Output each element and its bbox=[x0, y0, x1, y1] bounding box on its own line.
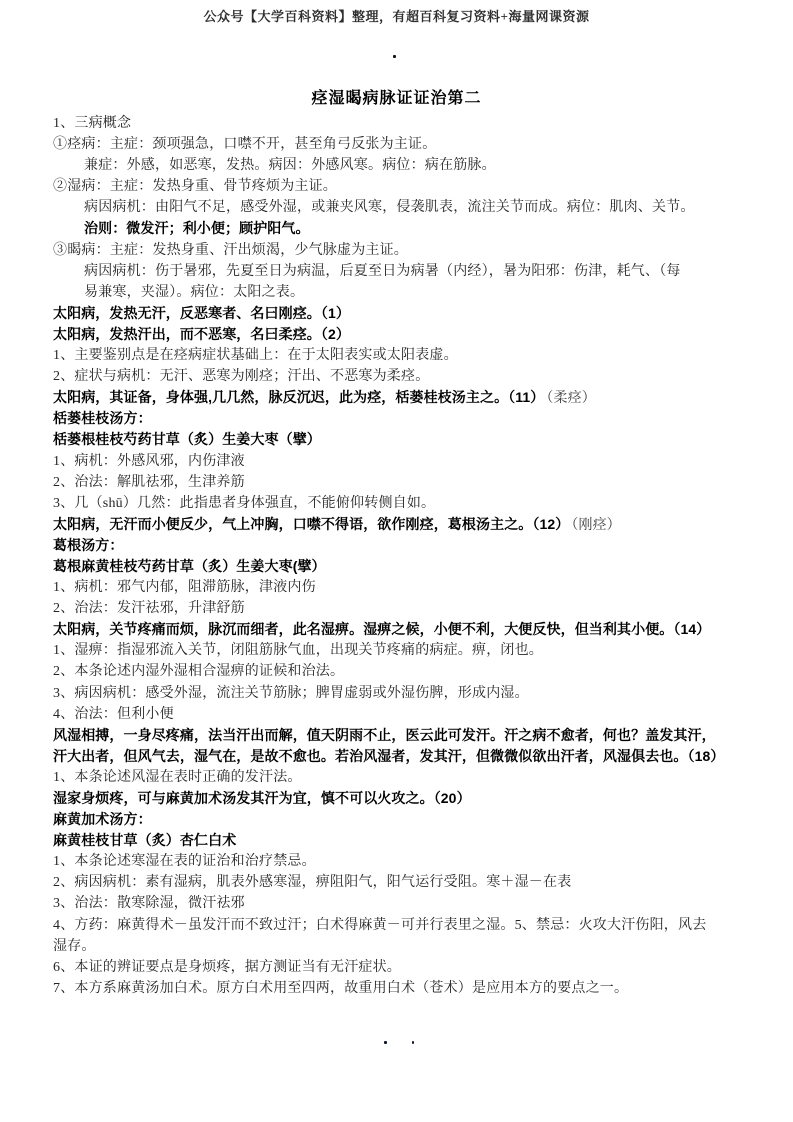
text-line: 2、治法：解肌祛邪，生津养筋 bbox=[53, 472, 759, 493]
text-line: 1、三病概念 bbox=[53, 113, 759, 134]
line-annotation: （刚痉） bbox=[571, 518, 620, 533]
line-text: 太阳病，其证备，身体强,几几然，脉反沉迟，此为痉，栝蒌桂枝汤主之。（11） bbox=[53, 389, 544, 405]
line-text: 2、治法：解肌祛邪，生津养筋 bbox=[53, 475, 245, 490]
separator-dot bbox=[393, 55, 396, 58]
text-line: 病因病机：伤于暑邪，先夏至日为病温，后夏至日为病暑（内经），暑为阳邪：伤津，耗气… bbox=[53, 261, 759, 282]
line-text: 2、病因病机：素有湿病，肌表外感寒湿，痹阻阳气，阳气运行受阻。寒＋湿－在表 bbox=[53, 875, 571, 890]
text-line: 麻黄桂枝甘草（炙）杏仁白术 bbox=[53, 830, 759, 851]
text-line: 1、本条论述风湿在表时正确的发汗法。 bbox=[53, 767, 759, 788]
line-text: 风湿相搏，一身尽疼痛，法当汗出而解，值天阴雨不止，医云此可发汗。汗之病不愈者，何… bbox=[53, 727, 716, 743]
footer-dots bbox=[384, 1041, 414, 1044]
text-line: 葛根汤方： bbox=[53, 535, 759, 556]
line-text: 1、主要鉴别点是在痉病症状基础上：在于太阳表实或太阳表虚。 bbox=[53, 348, 458, 363]
text-line: ②湿病：主症：发热身重、骨节疼烦为主证。 bbox=[53, 176, 759, 197]
text-line: 3、几（shū）几然：此指患者身体强直，不能俯仰转侧自如。 bbox=[53, 493, 759, 514]
line-text: 1、本条论述风湿在表时正确的发汗法。 bbox=[53, 770, 302, 785]
line-text: 1、病机：外感风邪，内伤津液 bbox=[53, 454, 245, 469]
line-text: 1、本条论述寒湿在表的证治和治疗禁忌。 bbox=[53, 854, 316, 869]
text-line: 风湿相搏，一身尽疼痛，法当汗出而解，值天阴雨不止，医云此可发汗。汗之病不愈者，何… bbox=[53, 725, 759, 746]
line-text: 2、治法：发汗祛邪，升津舒筋 bbox=[53, 601, 245, 616]
text-line: 6、本证的辨证要点是身烦疼，据方测证当有无汗症状。 bbox=[53, 957, 759, 978]
document-body: 1、三病概念①痉病：主症：颈项强急，口噤不开，甚至角弓反张为主证。兼症：外感，如… bbox=[0, 113, 793, 999]
line-text: ①痉病：主症：颈项强急，口噤不开，甚至角弓反张为主证。 bbox=[53, 137, 436, 152]
line-text: 栝蒌桂枝汤方： bbox=[53, 410, 152, 426]
line-text: 3、几（shū）几然：此指患者身体强直，不能俯仰转侧自如。 bbox=[53, 496, 435, 511]
line-text: 6、本证的辨证要点是身烦疼，据方测证当有无汗症状。 bbox=[53, 960, 401, 975]
line-text: 麻黄桂枝甘草（炙）杏仁白术 bbox=[53, 832, 236, 848]
text-line: 1、主要鉴别点是在痉病症状基础上：在于太阳表实或太阳表虚。 bbox=[53, 345, 759, 366]
text-line: 栝蒌根桂枝芍药甘草（炙）生姜大枣（擘） bbox=[53, 429, 759, 450]
line-text: 1、湿痹：指湿邪流入关节，闭阻筋脉气血，出现关节疼痛的病症。痹，闭也。 bbox=[53, 643, 543, 658]
line-text: 2、本条论述内湿外湿相合湿痹的证候和治法。 bbox=[53, 664, 344, 679]
line-text: 兼症：外感，如恶寒，发热。病因：外感风寒。病位：病在筋脉。 bbox=[84, 158, 496, 173]
text-line: 湿家身烦疼，可与麻黄加术汤发其汗为宜，慎不可以火攻之。（20） bbox=[53, 788, 759, 809]
text-line: 1、本条论述寒湿在表的证治和治疗禁忌。 bbox=[53, 851, 759, 872]
text-line: 1、病机：邪气内郁，阻滞筋脉，津液内伤 bbox=[53, 577, 759, 598]
text-line: 葛根麻黄桂枝芍药甘草（炙）生姜大枣(擘） bbox=[53, 556, 759, 577]
text-line: 2、本条论述内湿外湿相合湿痹的证候和治法。 bbox=[53, 661, 759, 682]
text-line: 太阳病，发热汗出，而不恶寒，名曰柔痉。（2） bbox=[53, 324, 759, 345]
line-text: 病因病机：由阳气不足，感受外湿，或兼夹风寒，侵袭肌表，流注关节而成。病位：肌肉、… bbox=[84, 200, 695, 215]
line-text: ②湿病：主症：发热身重、骨节疼烦为主证。 bbox=[53, 179, 337, 194]
line-annotation: （柔痉） bbox=[546, 391, 595, 406]
text-line: 兼症：外感，如恶寒，发热。病因：外感风寒。病位：病在筋脉。 bbox=[53, 155, 759, 176]
text-line: 汗大出者，但风气去，湿气在，是故不愈也。若治风湿者，发其汗，但微微似欲出汗者，风… bbox=[53, 746, 759, 767]
line-text: 湿存。 bbox=[53, 939, 96, 954]
line-text: 太阳病，无汗而小便反少，气上冲胸，口噤不得语，欲作刚痉，葛根汤主之。（12） bbox=[53, 516, 569, 532]
line-text: 4、方药：麻黄得术－虽发汗而不致过汗；白术得麻黄－可并行表里之湿。5、禁忌：火攻… bbox=[53, 918, 706, 933]
text-line: 7、本方系麻黄汤加白术。原方白术用至四两，故重用白术（苍术）是应用本方的要点之一… bbox=[53, 978, 759, 999]
text-line: 太阳病，关节疼痛而烦，脉沉而细者，此名湿痹。湿痹之候，小便不利，大便反快，但当利… bbox=[53, 619, 759, 640]
text-line: 1、病机：外感风邪，内伤津液 bbox=[53, 451, 759, 472]
line-text: 7、本方系麻黄汤加白术。原方白术用至四两，故重用白术（苍术）是应用本方的要点之一… bbox=[53, 981, 628, 996]
line-text: 太阳病，发热汗出，而不恶寒，名曰柔痉。（2） bbox=[53, 326, 350, 342]
line-text: 太阳病，关节疼痛而烦，脉沉而细者，此名湿痹。湿痹之候，小便不利，大便反快，但当利… bbox=[53, 621, 710, 637]
document-page: 公众号【大学百科资料】整理，有超百科复习资料+海量网课资源 痉湿暍病脉证证治第二… bbox=[0, 0, 793, 1122]
text-line: 太阳病，无汗而小便反少，气上冲胸，口噤不得语，欲作刚痉，葛根汤主之。（12）（刚… bbox=[53, 514, 759, 535]
text-line: 太阳病，其证备，身体强,几几然，脉反沉迟，此为痉，栝蒌桂枝汤主之。（11）（柔痉… bbox=[53, 387, 759, 408]
line-text: 1、病机：邪气内郁，阻滞筋脉，津液内伤 bbox=[53, 580, 316, 595]
text-line: 4、治法：但利小便 bbox=[53, 704, 759, 725]
text-line: 3、治法：散寒除湿，微汗祛邪 bbox=[53, 893, 759, 914]
line-text: 3、治法：散寒除湿，微汗祛邪 bbox=[53, 896, 245, 911]
line-text: 2、症状与病机：无汗、恶寒为刚痉；汗出、不恶寒为柔痉。 bbox=[53, 369, 429, 384]
text-line: 湿存。 bbox=[53, 936, 759, 957]
line-text: 易兼寒，夹湿）。病位：太阳之表。 bbox=[84, 285, 304, 300]
line-text: 栝蒌根桂枝芍药甘草（炙）生姜大枣（擘） bbox=[53, 431, 321, 447]
text-line: ①痉病：主症：颈项强急，口噤不开，甚至角弓反张为主证。 bbox=[53, 134, 759, 155]
text-line: ③暍病：主症：发热身重、汗出烦渴，少气脉虚为主证。 bbox=[53, 240, 759, 261]
text-line: 太阳病，发热无汗，反恶寒者、名曰刚痉。（1） bbox=[53, 303, 759, 324]
text-line: 治则：微发汗；利小便；顾护阳气。 bbox=[53, 218, 759, 239]
text-line: 2、治法：发汗祛邪，升津舒筋 bbox=[53, 598, 759, 619]
line-text: 太阳病，发热无汗，反恶寒者、名曰刚痉。（1） bbox=[53, 305, 350, 321]
text-line: 2、病因病机：素有湿病，肌表外感寒湿，痹阻阳气，阳气运行受阻。寒＋湿－在表 bbox=[53, 872, 759, 893]
text-line: 病因病机：由阳气不足，感受外湿，或兼夹风寒，侵袭肌表，流注关节而成。病位：肌肉、… bbox=[53, 197, 759, 218]
line-text: 汗大出者，但风气去，湿气在，是故不愈也。若治风湿者，发其汗，但微微似欲出汗者，风… bbox=[53, 748, 724, 764]
text-line: 2、症状与病机：无汗、恶寒为刚痉；汗出、不恶寒为柔痉。 bbox=[53, 366, 759, 387]
page-title: 痉湿暍病脉证证治第二 bbox=[0, 85, 793, 108]
footer-dot bbox=[384, 1041, 387, 1044]
line-text: 病因病机：伤于暑邪，先夏至日为病温，后夏至日为病暑（内经），暑为阳邪：伤津，耗气… bbox=[84, 264, 681, 279]
line-text: 1、三病概念 bbox=[53, 116, 131, 131]
line-text: ③暍病：主症：发热身重、汗出烦渴，少气脉虚为主证。 bbox=[53, 243, 408, 258]
line-text: 3、病因病机：感受外湿，流注关节筋脉；脾胃虚弱或外湿伤脾，形成内湿。 bbox=[53, 686, 529, 701]
line-text: 葛根汤方： bbox=[53, 537, 124, 553]
line-text: 4、治法：但利小便 bbox=[53, 707, 174, 722]
page-header-watermark: 公众号【大学百科资料】整理，有超百科复习资料+海量网课资源 bbox=[0, 0, 793, 25]
text-line: 1、湿痹：指湿邪流入关节，闭阻筋脉气血，出现关节疼痛的病症。痹，闭也。 bbox=[53, 640, 759, 661]
text-line: 易兼寒，夹湿）。病位：太阳之表。 bbox=[53, 282, 759, 303]
footer-dot bbox=[412, 1041, 415, 1044]
line-text: 湿家身烦疼，可与麻黄加术汤发其汗为宜，慎不可以火攻之。（20） bbox=[53, 790, 471, 806]
text-line: 栝蒌桂枝汤方： bbox=[53, 408, 759, 429]
text-line: 麻黄加术汤方： bbox=[53, 809, 759, 830]
line-text: 葛根麻黄桂枝芍药甘草（炙）生姜大枣(擘） bbox=[53, 558, 326, 574]
line-text: 治则：微发汗；利小便；顾护阳气。 bbox=[84, 220, 310, 236]
text-line: 3、病因病机：感受外湿，流注关节筋脉；脾胃虚弱或外湿伤脾，形成内湿。 bbox=[53, 683, 759, 704]
text-line: 4、方药：麻黄得术－虽发汗而不致过汗；白术得麻黄－可并行表里之湿。5、禁忌：火攻… bbox=[53, 915, 759, 936]
line-text: 麻黄加术汤方： bbox=[53, 811, 152, 827]
